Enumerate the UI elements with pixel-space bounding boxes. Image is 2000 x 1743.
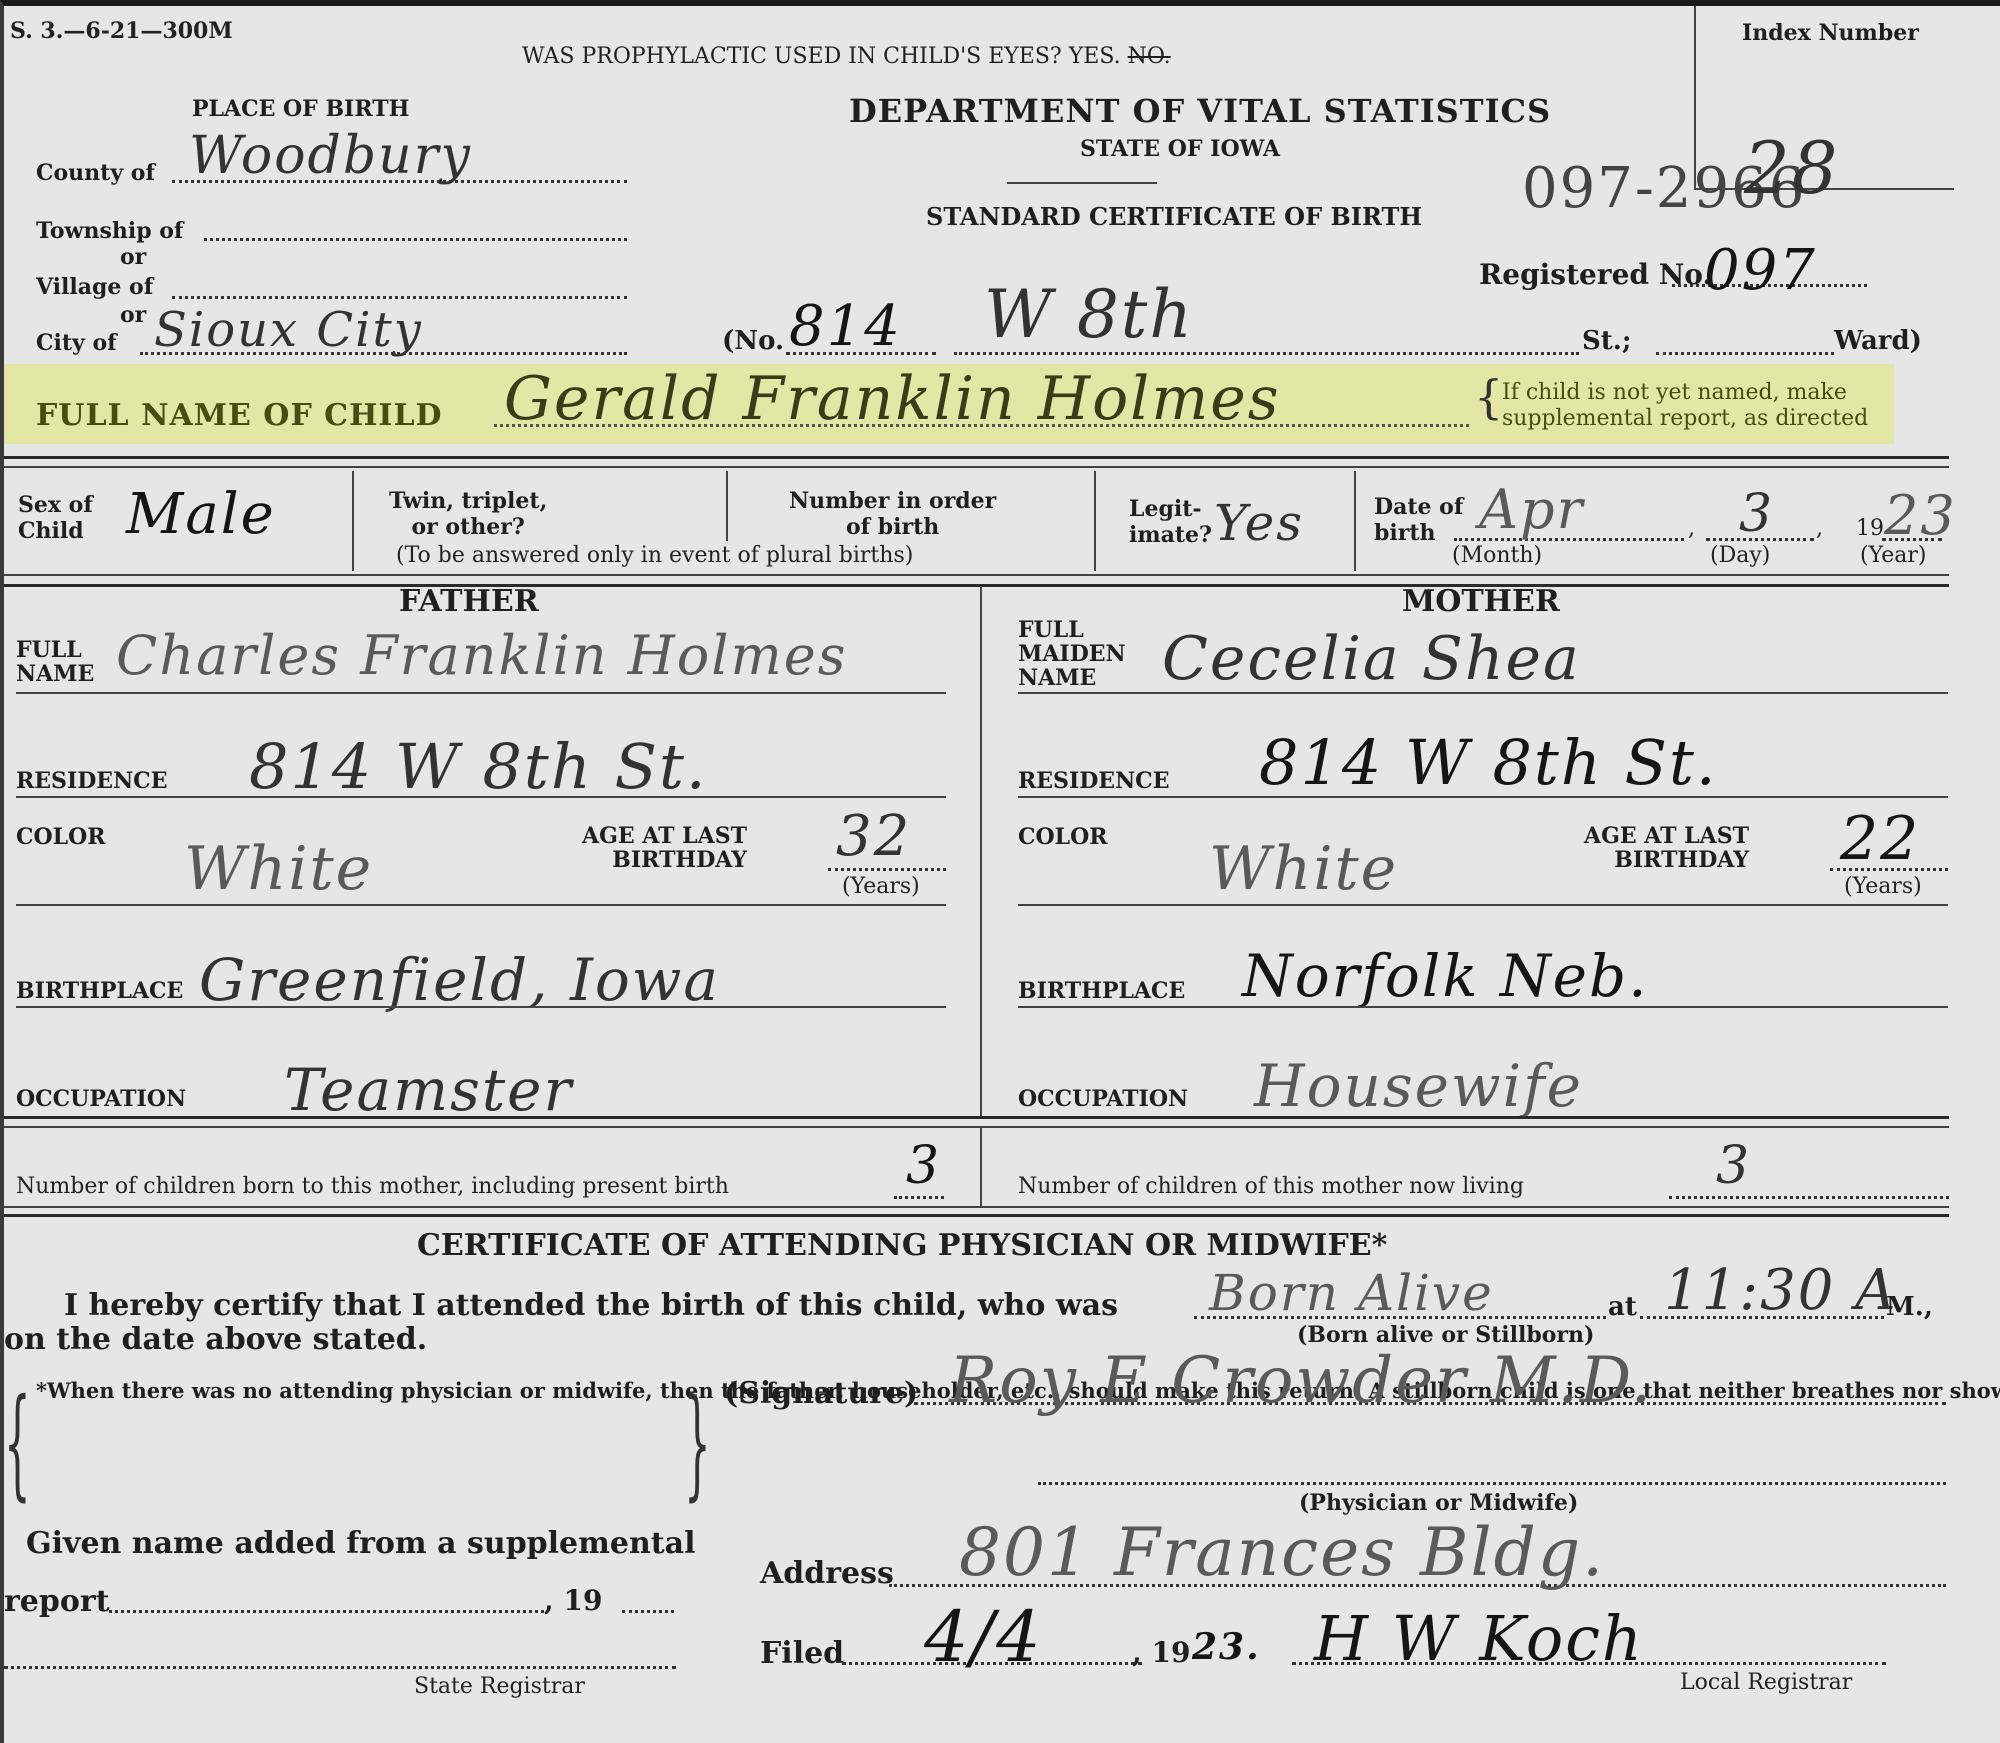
- county-label: County of: [36, 160, 155, 186]
- supplemental-report-field[interactable]: [109, 1610, 544, 1613]
- index-number-label: Index Number: [1742, 20, 1919, 46]
- father-birthplace-label: BIRTHPLACE: [16, 978, 183, 1004]
- header-rule: [1007, 182, 1157, 184]
- legitimate-label: Legit- imate?: [1129, 496, 1212, 548]
- mother-title: MOTHER: [1402, 584, 1560, 619]
- born-status-value[interactable]: Born Alive: [1209, 1264, 1494, 1322]
- address-no-label: (No.: [722, 326, 784, 356]
- city-label: City of: [36, 330, 117, 356]
- day-caption: (Day): [1710, 543, 1770, 568]
- father-residence-value[interactable]: 814 W 8th St.: [249, 730, 708, 803]
- children-living-value[interactable]: 3: [1716, 1136, 1751, 1196]
- place-of-birth-title: PLACE OF BIRTH: [192, 96, 409, 122]
- state-title: STATE OF IOWA: [1080, 136, 1280, 162]
- not-named-note: If child is not yet named, make suppleme…: [1502, 380, 1868, 432]
- certificate-type: STANDARD CERTIFICATE OF BIRTH: [926, 202, 1422, 231]
- father-age-label: AGE AT LAST BIRTHDAY: [582, 824, 747, 872]
- father-age-value[interactable]: 32: [836, 804, 911, 869]
- mother-residence-label: RESIDENCE: [1018, 768, 1169, 794]
- index-number-handwritten: 28: [1744, 126, 1840, 210]
- filed-label: Filed: [760, 1636, 844, 1671]
- address-number-value[interactable]: 814: [789, 294, 902, 359]
- local-registrar-signature[interactable]: H W Koch: [1314, 1602, 1644, 1675]
- child-name-label: FULL NAME OF CHILD: [36, 398, 443, 433]
- supplemental-year-field[interactable]: [622, 1610, 674, 1613]
- children-born-value[interactable]: 3: [906, 1136, 941, 1196]
- sex-value[interactable]: Male: [126, 482, 276, 547]
- mother-occupation-value[interactable]: Housewife: [1254, 1052, 1583, 1120]
- sex-label: Sex of Child: [18, 492, 93, 544]
- father-name-value[interactable]: Charles Franklin Holmes: [116, 624, 847, 687]
- father-color-value[interactable]: White: [184, 834, 373, 904]
- plural-births-note: (To be answered only in event of plural …: [396, 543, 913, 568]
- local-registrar-caption: Local Registrar: [1680, 1670, 1852, 1695]
- township-field[interactable]: [204, 238, 627, 241]
- state-registrar-caption: State Registrar: [414, 1674, 585, 1699]
- birth-time-value[interactable]: 11:30 A: [1664, 1258, 1898, 1323]
- physician-section-title: CERTIFICATE OF ATTENDING PHYSICIAN OR MI…: [417, 1228, 1387, 1263]
- birth-year-value[interactable]: 23: [1884, 484, 1957, 547]
- signature-label: (Signature): [724, 1376, 918, 1411]
- mother-color-value[interactable]: White: [1209, 834, 1398, 904]
- children-living-label: Number of children of this mother now li…: [1018, 1174, 1524, 1199]
- birth-certificate: S. 3.—6-21—300M WAS PROPHYLACTIC USED IN…: [0, 0, 2000, 1743]
- prophylactic-no-struck: NO.: [1128, 44, 1171, 69]
- parents-divider: [980, 586, 982, 1116]
- father-occupation-label: OCCUPATION: [16, 1086, 186, 1112]
- village-label: Village of: [36, 274, 153, 300]
- mother-name-value[interactable]: Cecelia Shea: [1162, 624, 1581, 694]
- address-street-value[interactable]: W 8th: [984, 276, 1194, 353]
- mother-occupation-label: OCCUPATION: [1018, 1086, 1188, 1112]
- ward-label: Ward): [1834, 326, 1922, 356]
- prophylactic-question: WAS PROPHYLACTIC USED IN CHILD'S EYES? Y…: [522, 44, 1171, 69]
- father-birthplace-value[interactable]: Greenfield, Iowa: [199, 946, 720, 1014]
- supplemental-line-2: report: [4, 1584, 110, 1619]
- father-color-label: COLOR: [16, 824, 106, 850]
- filed-year-value[interactable]: 23.: [1192, 1626, 1261, 1668]
- m-label: M.,: [1886, 1292, 1933, 1322]
- certify-statement: I hereby certify that I attended the bir…: [64, 1288, 1118, 1323]
- birth-order-label: Number in order of birth: [789, 488, 996, 540]
- father-occupation-value[interactable]: Teamster: [284, 1056, 573, 1124]
- twin-label: Twin, triplet, or other?: [389, 488, 547, 540]
- certify-date-statement: on the date above stated.: [4, 1322, 427, 1357]
- supplemental-line-1: Given name added from a supplemental: [26, 1526, 695, 1561]
- birth-day-value[interactable]: 3: [1739, 484, 1774, 544]
- township-label: Township of: [36, 218, 183, 244]
- street-label: St.;: [1582, 326, 1631, 356]
- child-name-value[interactable]: Gerald Franklin Holmes: [504, 364, 1281, 434]
- state-registrar-field[interactable]: [4, 1666, 676, 1669]
- mother-color-label: COLOR: [1018, 824, 1108, 850]
- children-born-label: Number of children born to this mother, …: [16, 1174, 729, 1199]
- prophylactic-yes: YES.: [1069, 44, 1121, 69]
- birth-month-value[interactable]: Apr: [1479, 478, 1584, 541]
- at-label: at: [1608, 1292, 1637, 1322]
- city-value[interactable]: Sioux City: [154, 302, 423, 358]
- filed-date-value[interactable]: 4/4: [924, 1596, 1043, 1678]
- mother-residence-value[interactable]: 814 W 8th St.: [1259, 726, 1718, 799]
- legitimate-value[interactable]: Yes: [1214, 494, 1304, 552]
- father-name-label: FULL NAME: [16, 638, 94, 686]
- village-field[interactable]: [172, 296, 627, 299]
- registered-no-value[interactable]: 097: [1704, 238, 1817, 303]
- form-code: S. 3.—6-21—300M: [10, 18, 233, 44]
- mother-age-value[interactable]: 22: [1840, 804, 1920, 874]
- county-value[interactable]: Woodbury: [189, 126, 472, 186]
- month-caption: (Month): [1452, 543, 1542, 568]
- father-title: FATHER: [399, 584, 539, 619]
- mother-birthplace-value[interactable]: Norfolk Neb.: [1242, 942, 1649, 1010]
- mother-age-label: AGE AT LAST BIRTHDAY: [1584, 824, 1749, 872]
- department-title: DEPARTMENT OF VITAL STATISTICS: [849, 92, 1551, 130]
- ward-field[interactable]: [1656, 352, 1834, 355]
- physician-address-label: Address: [760, 1556, 894, 1591]
- physician-signature-value[interactable]: Roy E Crowder M.D.: [949, 1344, 1653, 1418]
- footnote-no-physician: *When there was no attending physician o…: [36, 1378, 672, 1403]
- mother-birthplace-label: BIRTHPLACE: [1018, 978, 1185, 1004]
- mother-name-label: FULL MAIDEN NAME: [1018, 618, 1126, 690]
- physician-address-value[interactable]: 801 Frances Bldg.: [959, 1514, 1605, 1591]
- date-of-birth-label: Date of birth: [1374, 494, 1463, 546]
- year-caption: (Year): [1860, 543, 1926, 568]
- father-residence-label: RESIDENCE: [16, 768, 167, 794]
- signature-caption: (Physician or Midwife): [1299, 1490, 1578, 1516]
